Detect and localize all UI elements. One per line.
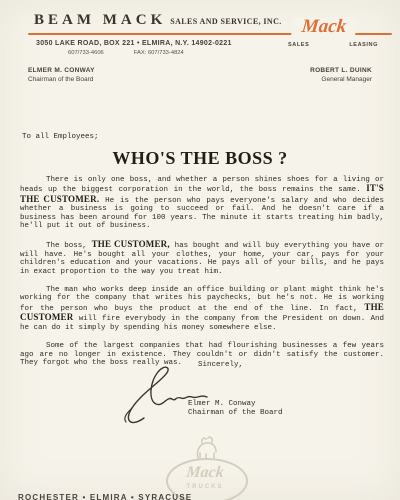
- brand-subtitles: SALES LEASING: [288, 42, 378, 48]
- letter-title: WHO'S THE BOSS ?: [0, 148, 400, 169]
- letter-body: There is only one boss, and whether a pe…: [20, 176, 384, 377]
- watermark-sub: TRUCKS: [166, 484, 244, 490]
- letter-paragraph-1: There is only one boss, and whether a pe…: [20, 176, 384, 230]
- phone-fax-line: 607/733-4606FAX: 607/733-4824: [68, 50, 184, 56]
- letter-paragraph-2: The boss, THE CUSTOMER, has bought and w…: [20, 240, 384, 276]
- letter-paragraph-3: The man who works deep inside an office …: [20, 286, 384, 332]
- mack-script-logo: Mack: [291, 17, 357, 37]
- officer-left: ELMER M. CONWAY Chairman of the Board: [28, 66, 95, 84]
- signature-block: Elmer M. Conway Chairman of the Board: [188, 400, 283, 418]
- signature-name: Elmer M. Conway: [188, 400, 283, 409]
- officer-left-name: ELMER M. CONWAY: [28, 66, 95, 75]
- fax-number: FAX: 607/733-4824: [134, 50, 184, 56]
- watermark-brand: Mack: [165, 464, 245, 482]
- officer-left-title: Chairman of the Board: [28, 75, 95, 84]
- footer-cities: ROCHESTER • ELMIRA • SYRACUSE: [18, 493, 192, 500]
- company-suffix: SALES AND SERVICE, INC.: [170, 17, 281, 26]
- scanned-letter-page: BEAM MACKSALES AND SERVICE, INC. Mack SA…: [0, 0, 400, 500]
- signature-title: Chairman of the Board: [188, 409, 283, 418]
- officer-right-title: General Manager: [310, 75, 372, 84]
- brand-sales-label: SALES: [288, 42, 309, 48]
- brand-leasing-label: LEASING: [349, 42, 378, 48]
- company-name-text: BEAM MACK: [34, 12, 166, 28]
- officer-right: ROBERT L. DUINK General Manager: [310, 66, 372, 84]
- salutation: To all Employees;: [22, 133, 99, 141]
- officer-right-name: ROBERT L. DUINK: [310, 66, 372, 75]
- phone-number: 607/733-4606: [68, 50, 104, 56]
- company-name: BEAM MACKSALES AND SERVICE, INC.: [34, 12, 282, 29]
- company-address: 3050 LAKE ROAD, BOX 221 • ELMIRA, N.Y. 1…: [36, 40, 232, 47]
- bold-phrase: THE CUSTOMER,: [92, 239, 170, 249]
